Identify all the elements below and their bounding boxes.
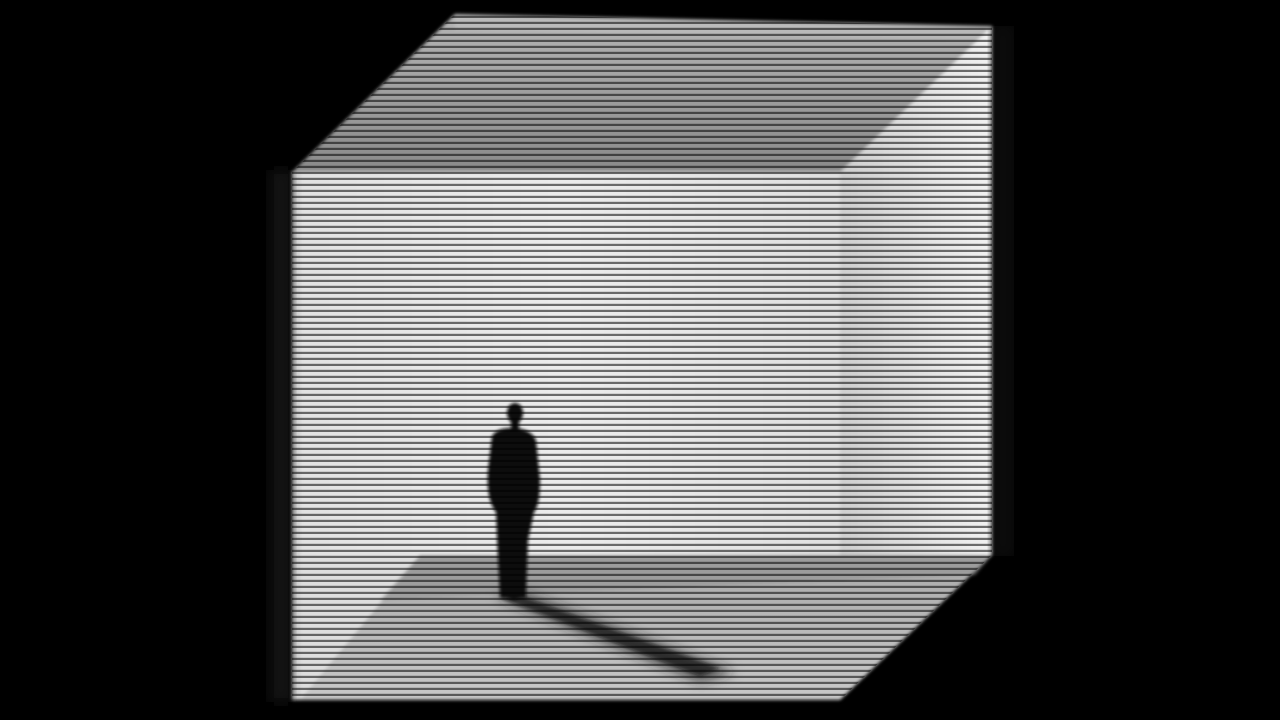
scene: Monochrome CRT-style scanline rendering … [0,0,1280,720]
cube-room-render [0,0,1280,720]
scanline-overlay [0,0,1280,720]
left-glow [270,170,292,702]
right-glow [992,26,1014,556]
